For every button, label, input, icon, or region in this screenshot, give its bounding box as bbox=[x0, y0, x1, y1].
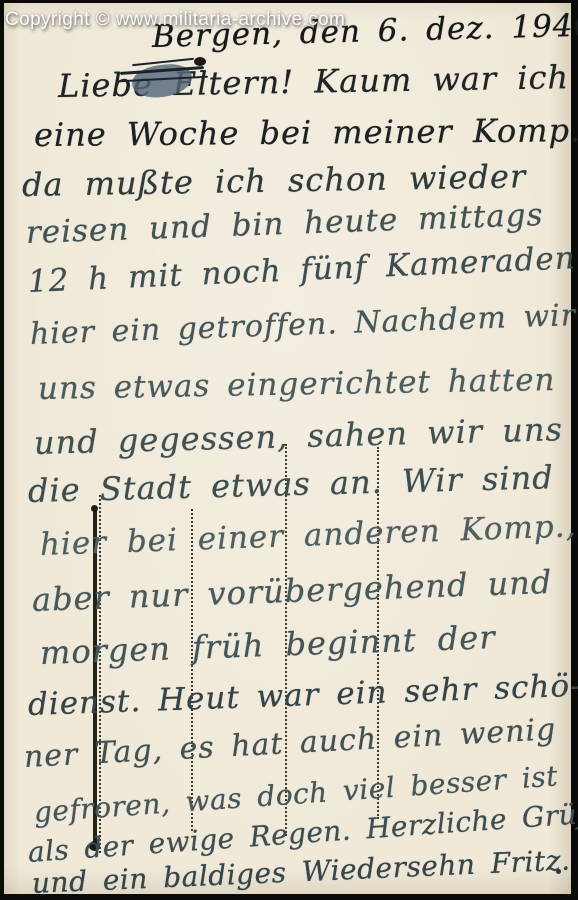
handwriting-line: morgen früh beginnt der bbox=[39, 618, 496, 672]
handwriting-line: uns etwas eingerichtet hatten bbox=[38, 362, 556, 407]
handwriting-line: da mußte ich schon wieder bbox=[22, 157, 527, 204]
scanned-letter-image: Bergen, den 6. dez. 1940. Liebe Eltern! … bbox=[0, 0, 578, 900]
copyright-watermark: Copyright © www.militaria-archive.com bbox=[5, 9, 345, 31]
handwriting-line: reisen und bin heute mittags bbox=[25, 197, 544, 251]
handwriting-line: die Stadt etwas an. Wir sind bbox=[28, 458, 555, 510]
ink-dot bbox=[556, 869, 561, 874]
scribble-blob bbox=[194, 57, 206, 66]
handwriting-line: hier ein getroffen. Nachdem wir bbox=[29, 298, 576, 352]
handwriting-line: 12 h mit noch fünf Kameraden bbox=[27, 240, 576, 300]
handwriting-line: und gegessen, sahen wir uns bbox=[34, 410, 564, 462]
letter-paper: Bergen, den 6. dez. 1940. Liebe Eltern! … bbox=[4, 3, 571, 894]
handwriting-line: hier bei einer anderen Komp., bbox=[39, 508, 577, 563]
handwriting-line: aber nur vorübergehend und bbox=[31, 563, 553, 619]
handwriting-line: eine Woche bei meiner Komp. bbox=[34, 111, 578, 154]
